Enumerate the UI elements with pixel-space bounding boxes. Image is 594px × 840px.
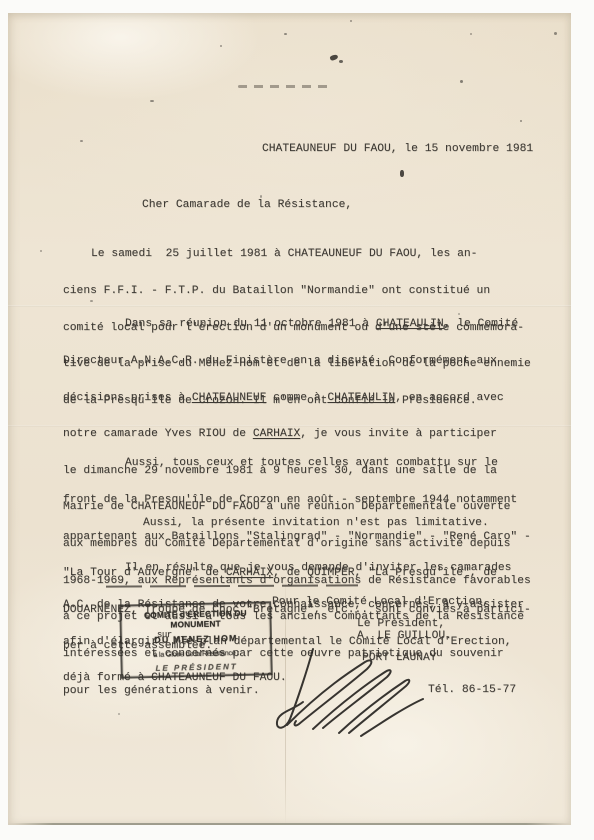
scanner-edge-line (8, 823, 571, 825)
letter-line: front de la Presqu'île de Crozon en août… (63, 494, 569, 506)
letter-line: Le samedi 25 juillet 1981 à CHATEAUNEUF … (63, 248, 569, 260)
paper-speck (40, 250, 42, 252)
letter-line: Directeur A.N.A.C.R. du Finistère en a d… (63, 355, 569, 367)
letter-line: Il en résulte que je vous demande d'invi… (63, 562, 569, 574)
letter-line: décisions prises à CHATEAUNEUF comme à C… (63, 392, 569, 404)
paper-speck (350, 20, 352, 22)
paper-speck (339, 60, 343, 63)
paper-speck (554, 32, 557, 35)
signature-scrawl (243, 645, 433, 740)
paper-speck (520, 120, 522, 122)
paper-speck (460, 80, 463, 83)
letter-line: Dans sa réunion du 11 octobre 1981 à CHA… (63, 318, 569, 330)
paper-speck (150, 100, 154, 102)
ink-blot (329, 54, 338, 61)
salutation: Cher Camarade de la Résistance, (142, 199, 352, 211)
closing-line: Pour le Comité Local d'Erection, (272, 596, 489, 608)
paper-speck (220, 45, 222, 47)
signer-title: Le Président, (357, 618, 445, 630)
paper-speck (260, 195, 262, 198)
paragraph-4: Aussi, la présente invitation n'est pas … (143, 517, 489, 529)
stamp-line: DU MENEZ HOM (124, 632, 268, 645)
letter-line: Aussi, tous ceux et toutes celles ayant … (63, 457, 569, 469)
paper-speck (284, 33, 287, 35)
paper-speck (80, 140, 83, 142)
signer-name: A. LE GUILLOU. (357, 630, 452, 642)
letter-paper: CHATEAUNEUF DU FAOU, le 15 novembre 1981… (8, 13, 571, 825)
ink-mark (400, 170, 404, 177)
stamp-line: COMITÉ d'ÉRECTION DU MONUMENT (123, 607, 267, 630)
paper-speck (470, 33, 472, 35)
scan-smudge (238, 85, 333, 88)
phone-number: Tél. 86-15-77 (428, 684, 516, 696)
date-line: CHATEAUNEUF DU FAOU, le 15 novembre 1981 (262, 143, 533, 155)
